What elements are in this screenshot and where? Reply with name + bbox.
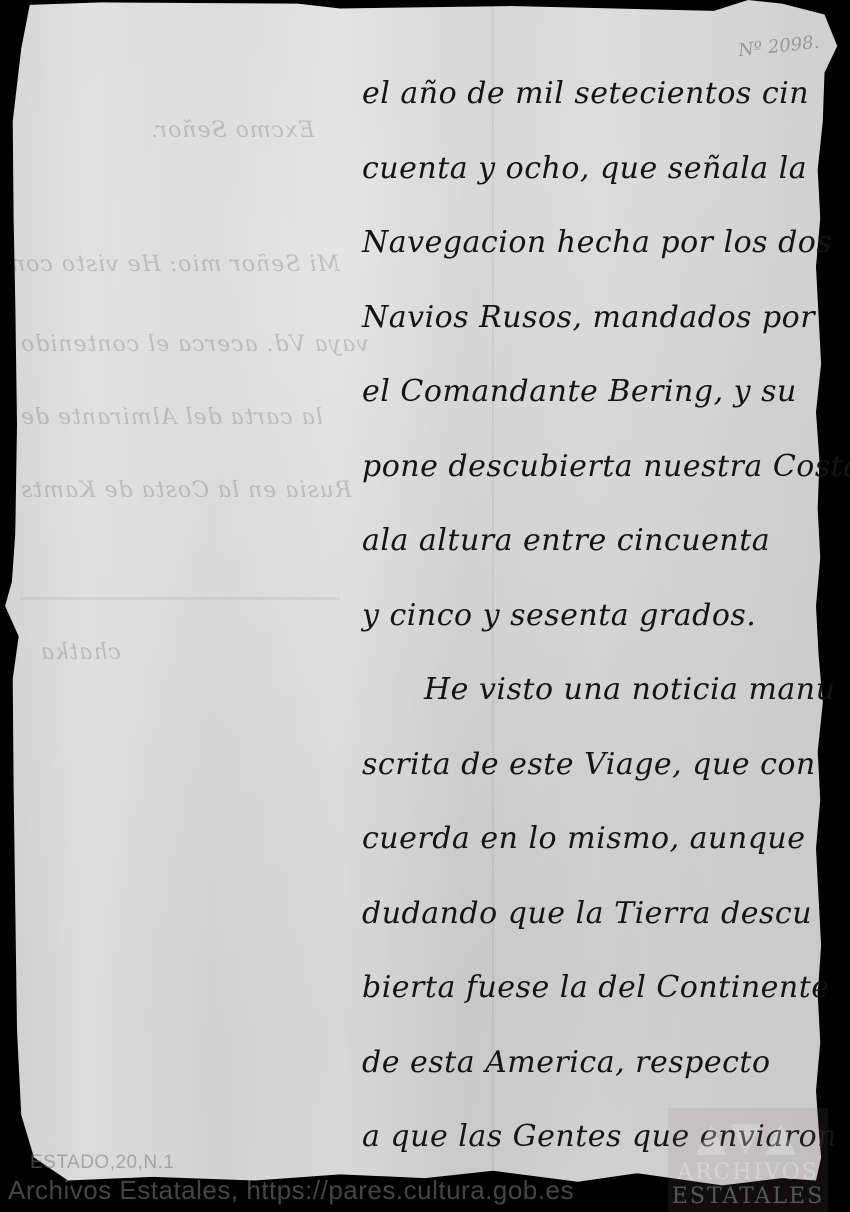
archive-reference: ESTADO,20,N.1 xyxy=(30,1152,174,1174)
text-line: dudando que la Tierra descu xyxy=(362,884,832,959)
manuscript-text: el año de mil setecientos cin cuenta y o… xyxy=(362,64,832,1182)
text-line: y cinco y sesenta grados. xyxy=(362,586,832,661)
archive-source: Archivos Estatales, https://pares.cultur… xyxy=(8,1175,574,1206)
archive-logo-watermark: ▲▼▲ ARCHIVOS ESTATALES xyxy=(668,1108,828,1212)
text-line: ala altura entre cincuenta xyxy=(362,511,832,586)
text-line: Navegacion hecha por los dos xyxy=(362,213,832,288)
paper-tear-line xyxy=(20,597,340,600)
text-line: scrita de este Viage, que con xyxy=(362,735,832,810)
text-line: el Comandante Bering, y su xyxy=(362,362,832,437)
text-line: bierta fuese la del Continente xyxy=(362,958,832,1033)
archive-logo-text: ESTATALES xyxy=(668,1184,828,1209)
text-line: Navios Rusos, mandados por xyxy=(362,288,832,363)
document-viewer: Excmo Señor. Mi Señor mio: He visto con … xyxy=(0,0,850,1212)
paragraph-start-line: He visto una noticia manu xyxy=(362,660,832,735)
text-line: el año de mil setecientos cin xyxy=(362,64,832,139)
text-line: pone descubierta nuestra Costa xyxy=(362,437,832,512)
archive-logo-icon: ▲▼▲ xyxy=(668,1114,828,1160)
text-line: cuerda en lo mismo, aunque xyxy=(362,809,832,884)
text-line: de esta America, respecto xyxy=(362,1033,832,1108)
text-line: cuenta y ocho, que señala la xyxy=(362,139,832,214)
archive-logo-text: ARCHIVOS xyxy=(668,1160,828,1185)
